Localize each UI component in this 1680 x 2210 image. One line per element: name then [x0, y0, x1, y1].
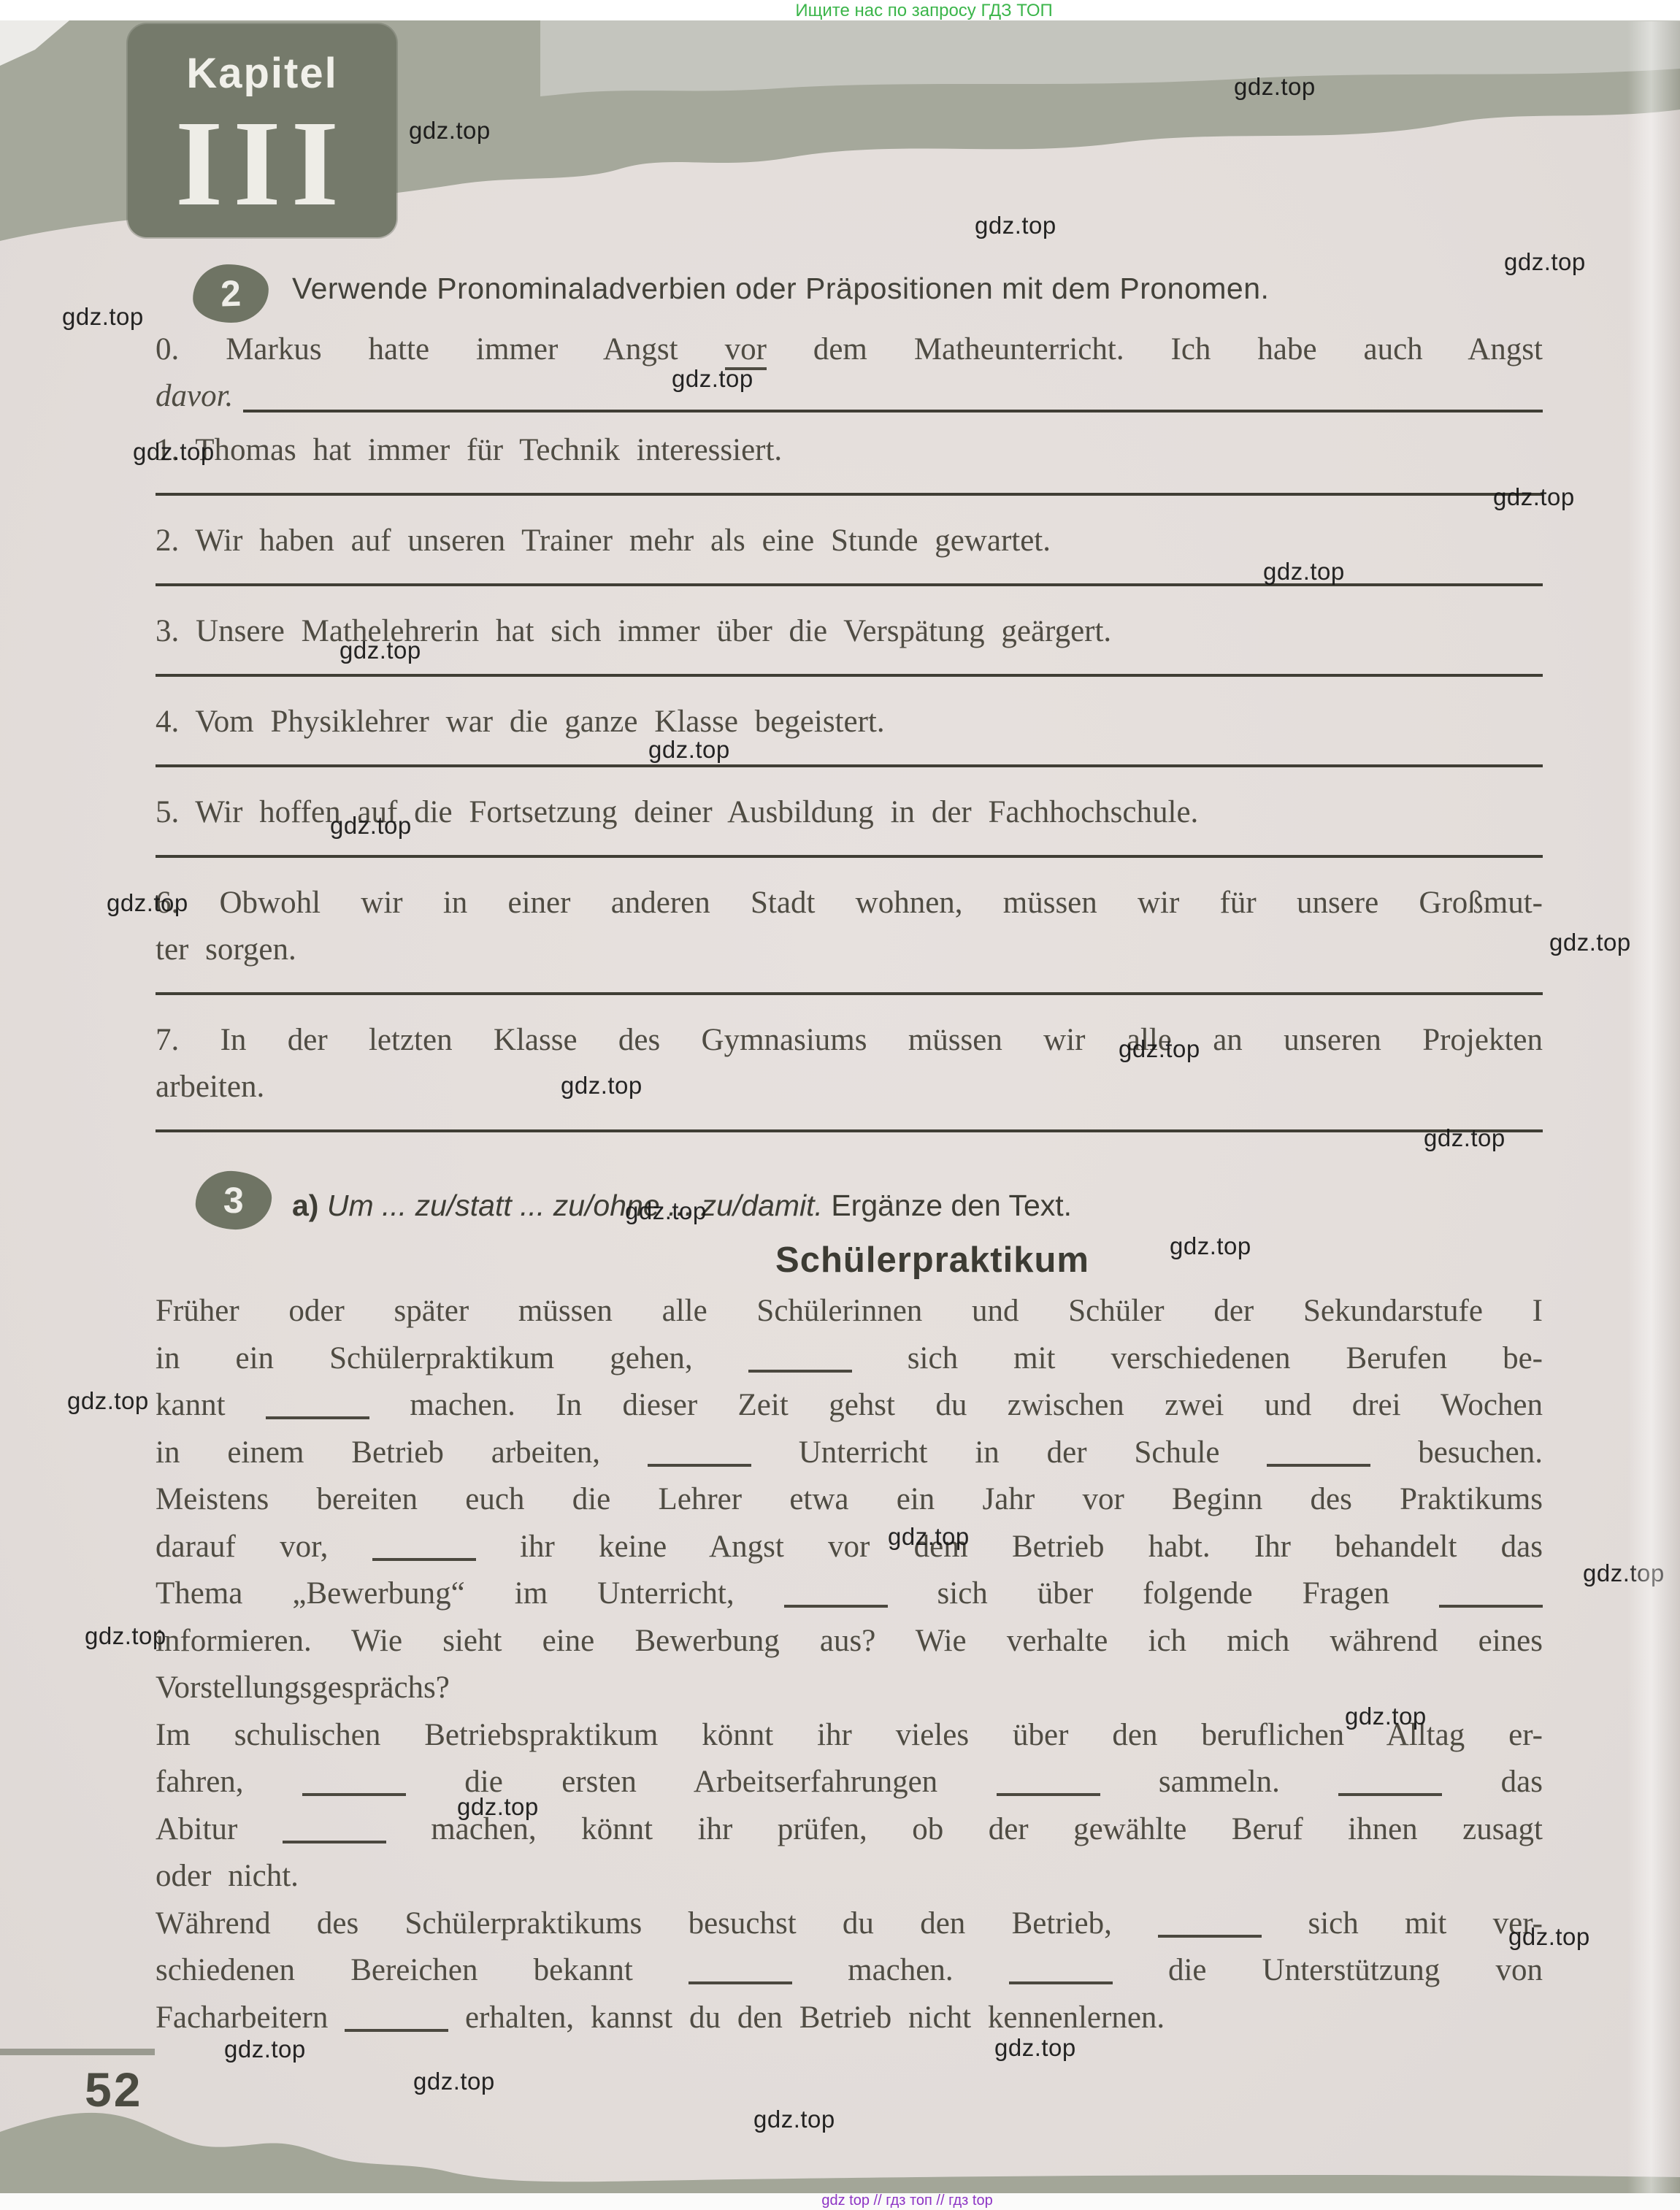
gdz-watermark: gdz.top [1345, 1703, 1427, 1730]
text-line: darauf vor, ihr keine Angst vor dem Betr… [156, 1524, 1543, 1571]
text-line: Im schulischen Betriebspraktikum könnt i… [156, 1712, 1543, 1760]
exercise2-items: 1. Thomas hat immer für Technik interess… [156, 427, 1543, 1132]
gdz-watermark: gdz.top [67, 1387, 149, 1415]
sentence-line: ter sorgen. [156, 926, 1543, 973]
gdz-watermark: gdz.top [994, 2034, 1076, 2062]
text-line: in ein Schülerpraktikum gehen, sich mit … [156, 1335, 1543, 1383]
gdz-watermark: gdz.top [1234, 73, 1316, 101]
sentence-line: arbeiten. [156, 1064, 1543, 1110]
exercise2-item: 4. Vom Physiklehrer war die ganze Klasse… [156, 699, 1543, 745]
fill-in-blank [283, 1840, 386, 1843]
gdz-watermark: gdz.top [62, 303, 144, 331]
gdz-watermark: gdz.top [975, 212, 1056, 239]
chapter-label: Kapitel [128, 49, 396, 98]
answer-line [156, 992, 1543, 995]
gdz-watermark: gdz.top [340, 637, 421, 664]
gdz-watermark: gdz.top [85, 1622, 166, 1650]
gdz-watermark: gdz.top [330, 812, 412, 840]
exercise3-instruction: a) Um ... zu/statt ... zu/ohne ... zu/da… [292, 1189, 1548, 1223]
top-banner-text: Ищите нас по запросу ГДЗ ТОП [795, 1, 1052, 21]
fill-in-blank [784, 1604, 888, 1608]
exercise2-number-badge: 2 [192, 263, 270, 324]
example-answer: davor. [156, 373, 233, 420]
text-line: in einem Betrieb arbeiten, Unterricht in… [156, 1430, 1543, 1477]
gdz-watermark: gdz.top [1493, 483, 1575, 511]
answer-line [156, 764, 1543, 767]
gdz-watermark: gdz.top [1549, 929, 1631, 956]
page-number-rule [0, 2049, 155, 2055]
example-prefix: 0. Markus hatte immer Angst [156, 332, 678, 367]
gdz-watermark: gdz.top [888, 1523, 970, 1551]
text-line: Früher oder später müssen alle Schülerin… [156, 1288, 1543, 1335]
gdz-watermark: gdz.top [1170, 1232, 1251, 1260]
exercise3-text: Früher oder später müssen alle Schülerin… [156, 1288, 1543, 2041]
fill-in-blank [1338, 1792, 1442, 1796]
gdz-watermark: gdz.top [648, 736, 730, 764]
example-sentence: 0. Markus hatte immer Angst vor dem Math… [156, 326, 1543, 373]
text-line: Während des Schülerpraktikums besuchst d… [156, 1900, 1543, 1948]
exercise2-item: 7. In der letzten Klasse des Gymnasiums … [156, 1017, 1543, 1110]
sentence-line: 4. Vom Physiklehrer war die ganze Klasse… [156, 699, 1543, 745]
answer-line [156, 1129, 1543, 1132]
gdz-watermark: gdz.top [457, 1793, 539, 1821]
page-fold-shadow [1627, 21, 1680, 2193]
gdz-watermark: gdz.top [753, 2106, 835, 2133]
gdz-watermark: gdz.top [413, 2068, 495, 2095]
gdz-watermark: gdz.top [625, 1197, 707, 1225]
text-title: Schülerpraktikum [775, 1240, 1089, 1281]
text-line: kannt machen. In dieser Zeit gehst du zw… [156, 1382, 1543, 1430]
fill-in-blank [1009, 1981, 1113, 1984]
text-line: Vorstellungsgesprächs? [156, 1665, 1543, 1712]
fill-in-blank [266, 1416, 369, 1419]
fill-in-blank [302, 1792, 406, 1796]
gdz-watermark: gdz.top [1119, 1035, 1200, 1063]
fill-in-blank [648, 1463, 751, 1467]
exercise2-item: 1. Thomas hat immer für Technik interess… [156, 427, 1543, 474]
exercise3-instruction-rest: Ergänze den Text. [831, 1189, 1072, 1222]
fill-in-blank [997, 1792, 1100, 1796]
exercise2-item: 6. Obwohl wir in einer anderen Stadt woh… [156, 880, 1543, 973]
answer-line [156, 674, 1543, 677]
gdz-watermark: gdz.top [672, 365, 753, 393]
fill-in-blank [1158, 1934, 1262, 1938]
fill-in-blank [345, 2028, 448, 2032]
footer-site-text: gdz top // гдз топ // гдз top [821, 2192, 992, 2210]
fill-in-blank [1267, 1463, 1370, 1467]
gdz-watermark: gdz.top [1263, 558, 1345, 586]
exercise2-body: 0. Markus hatte immer Angst vor dem Math… [156, 326, 1543, 1154]
text-line: Thema „Bewerbung“ im Unterricht, sich üb… [156, 1570, 1543, 1618]
example-item: 0. Markus hatte immer Angst vor dem Math… [156, 326, 1543, 420]
text-line: fahren, die ersten Arbeitserfahrungen sa… [156, 1759, 1543, 1806]
gdz-watermark: gdz.top [133, 438, 215, 466]
sentence-line: 6. Obwohl wir in einer anderen Stadt woh… [156, 880, 1543, 926]
chapter-roman-numeral: III [128, 102, 396, 225]
text-line: Abitur machen, könnt ihr prüfen, ob der … [156, 1806, 1543, 1854]
example-suffix: dem Matheunterricht. Ich habe auch Angst [813, 332, 1543, 367]
fill-in-blank [689, 1981, 792, 1984]
gdz-watermark: gdz.top [107, 889, 188, 917]
scanned-workbook-page: Ищите нас по запросу ГДЗ ТОП Kapitel III… [0, 0, 1680, 2210]
gdz-watermark: gdz.top [1424, 1124, 1506, 1152]
example-answer-row: davor. [156, 373, 1543, 420]
gdz-watermark: gdz.top [409, 117, 491, 145]
gdz-watermark: gdz.top [1504, 248, 1586, 276]
text-line: Facharbeitern erhalten, kannst du den Be… [156, 1995, 1543, 2042]
gdz-watermark: gdz.top [224, 2036, 306, 2063]
text-line: oder nicht. [156, 1853, 1543, 1900]
exercise2-instruction: Verwende Pronominaladverbien oder Präpos… [292, 272, 1548, 306]
answer-line [156, 855, 1543, 858]
sentence-line: 7. In der letzten Klasse des Gymnasiums … [156, 1017, 1543, 1064]
torn-paper-edge-bottom [0, 2079, 1680, 2210]
exercise3-number-badge: 3 [195, 1170, 273, 1231]
fill-in-blank [372, 1557, 476, 1561]
text-line: schiedenen Bereichen bekannt machen. die… [156, 1947, 1543, 1995]
fill-in-blank [1439, 1604, 1543, 1608]
exercise3-conjunction-list: Um ... zu/statt ... zu/ohne ... zu/damit… [327, 1189, 823, 1222]
answer-line [156, 493, 1543, 496]
answer-line [243, 410, 1543, 413]
sentence-line: 1. Thomas hat immer für Technik interess… [156, 427, 1543, 474]
chapter-badge: Kapitel III [128, 24, 396, 237]
exercise3-part-label: a) [292, 1189, 318, 1222]
gdz-watermark: gdz.top [561, 1072, 643, 1100]
fill-in-blank [748, 1369, 852, 1373]
text-line: informieren. Wie sieht eine Bewerbung au… [156, 1618, 1543, 1665]
text-line: Meistens bereiten euch die Lehrer etwa e… [156, 1476, 1543, 1524]
gdz-watermark: gdz.top [1508, 1923, 1590, 1951]
